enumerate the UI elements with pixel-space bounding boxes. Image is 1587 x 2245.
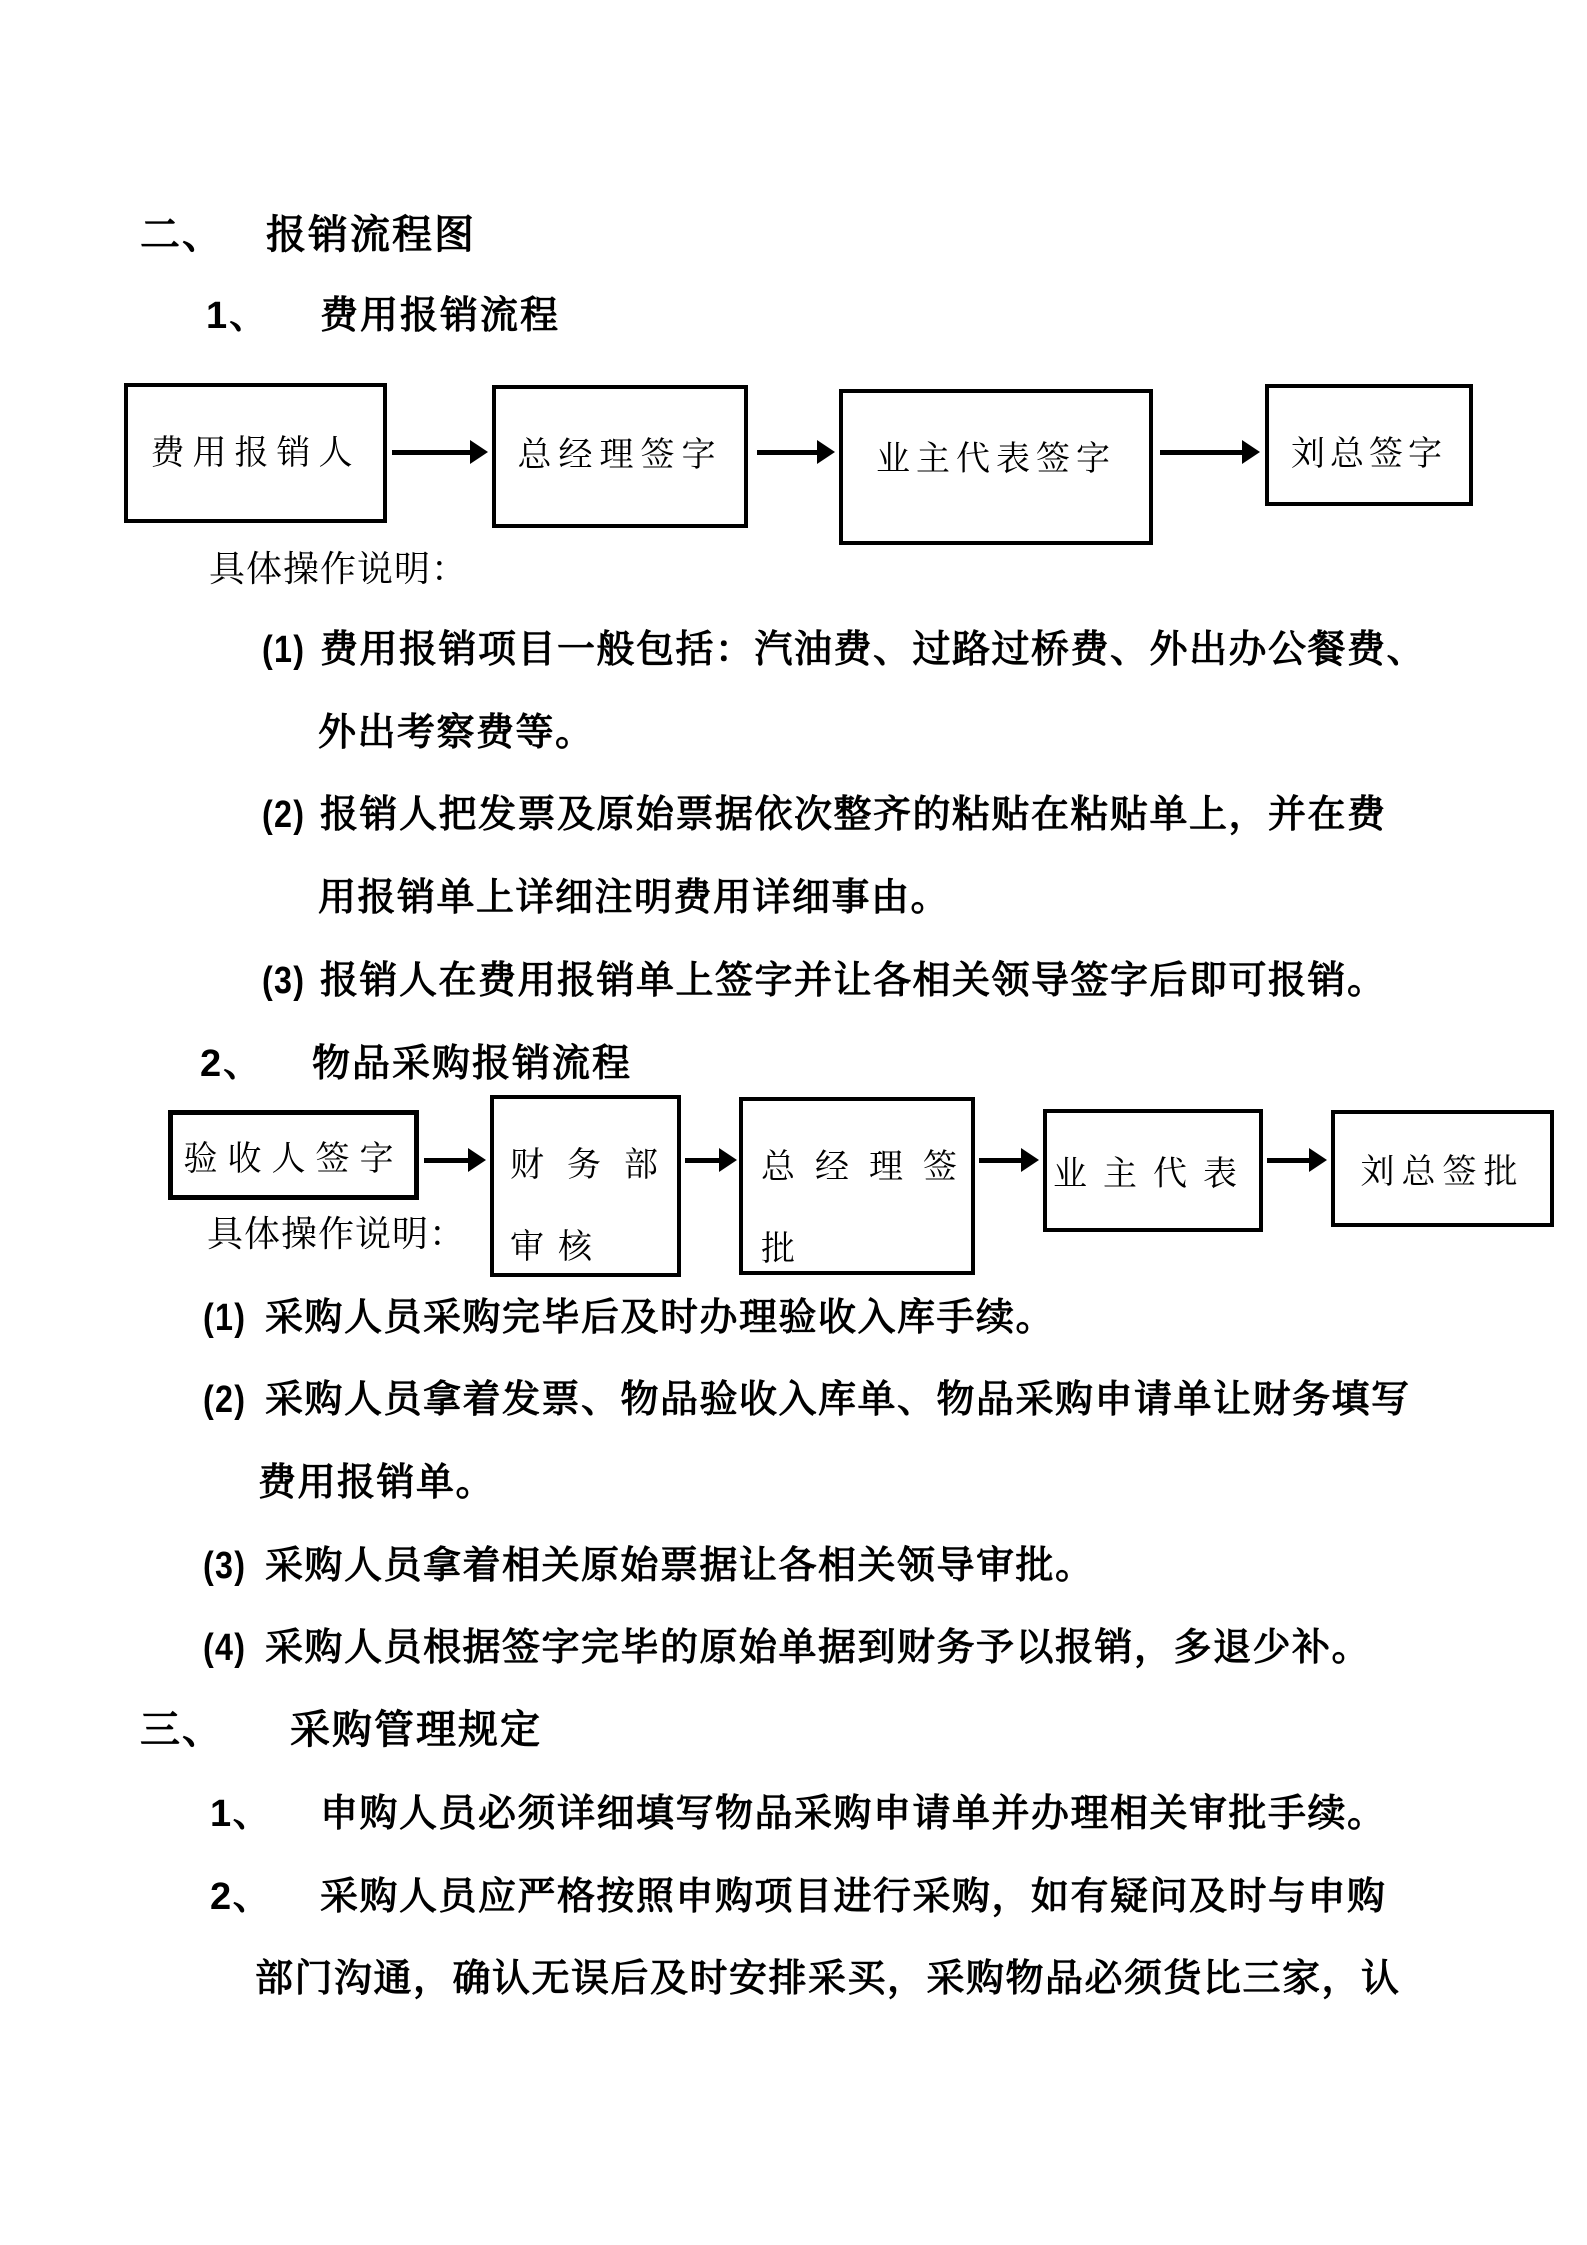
flow2-arrow-1: [424, 1148, 486, 1172]
operation-note-2: 具体操作说明：: [207, 1214, 466, 1255]
operation-note-1: 具体操作说明：: [209, 549, 468, 590]
flow2-box-inspector-signature: 验收人签字: [168, 1110, 419, 1200]
section-3-number: 三、: [140, 1707, 290, 1753]
list1-item-2-text: 报销人把发票及原始票据依次整齐的粘贴在粘贴单上，并在费: [320, 794, 1387, 836]
list1-item-1-line-2: 外出考察费等。: [318, 712, 595, 756]
flow2-box-3-line-1: 总经理签: [761, 1127, 953, 1209]
flow1-box-4-label: 刘总签字: [1291, 426, 1447, 475]
list1-item-1-line-1: (1)费用报销项目一般包括：汽油费、过路过桥费、外出办公餐费、: [262, 629, 1426, 673]
list1-item-1-marker: (1): [262, 629, 311, 673]
subsection-2-title: 物品采购报销流程: [312, 1043, 632, 1085]
flow1-box-expense-claimant: 费用报销人: [124, 383, 387, 523]
list2-item-3-line-1: (3)采购人员拿着相关原始票据让各相关领导审批。: [203, 1545, 1095, 1589]
list3-item-1-number: 1、: [210, 1793, 320, 1837]
list1-item-2-marker: (2): [262, 794, 311, 838]
document-page: 二、报销流程图 1、费用报销流程 费用报销人 总经理签字 业主代表签字 刘总签字…: [0, 0, 1587, 2245]
section-3-title: 采购管理规定: [290, 1708, 542, 1752]
list3-item-2-number: 2、: [210, 1876, 320, 1920]
flow2-box-liu-approval: 刘总签批: [1331, 1110, 1554, 1227]
flow2-box-5-label: 刘总签批: [1361, 1144, 1525, 1193]
flow1-box-1-label: 费用报销人: [151, 425, 361, 474]
subsection-1-heading: 1、费用报销流程: [206, 295, 560, 339]
flow1-box-liu-signature: 刘总签字: [1265, 384, 1473, 506]
flow1-box-owner-rep-signature: 业主代表签字: [839, 389, 1153, 545]
flow1-box-3-label: 业主代表签字: [876, 431, 1116, 480]
flow1-arrow-2: [757, 440, 835, 464]
subsection-1-number: 1、: [206, 295, 320, 339]
subsection-1-title: 费用报销流程: [320, 295, 560, 337]
section-2-heading: 二、报销流程图: [140, 212, 476, 258]
flow1-box-2-label: 总经理签字: [518, 427, 723, 476]
flow2-box-finance-review: 财务部 审核: [490, 1095, 681, 1277]
list3-item-1-text: 申购人员必须详细填写物品采购申请单并办理相关审批手续。: [320, 1793, 1387, 1835]
flow1-box-gm-signature: 总经理签字: [492, 385, 748, 528]
list3-item-2-line-1: 2、采购人员应严格按照申购项目进行采购，如有疑问及时与申购: [210, 1876, 1387, 1920]
list2-item-3-text: 采购人员拿着相关原始票据让各相关领导审批。: [265, 1545, 1095, 1587]
flow2-box-3-line-2: 批: [761, 1209, 953, 1291]
list1-item-3-line-1: (3)报销人在费用报销单上签字并让各相关领导签字后即可报销。: [262, 960, 1387, 1004]
section-2-title: 报销流程图: [266, 213, 476, 257]
list2-item-1-text: 采购人员采购完毕后及时办理验收入库手续。: [265, 1297, 1055, 1339]
list2-item-4-text: 采购人员根据签字完毕的原始单据到财务予以报销，多退少补。: [265, 1627, 1371, 1669]
flow2-box-2-line-2: 审核: [510, 1207, 661, 1289]
subsection-2-heading: 2、物品采购报销流程: [200, 1043, 632, 1087]
list1-item-2-line-1: (2)报销人把发票及原始票据依次整齐的粘贴在粘贴单上，并在费: [262, 794, 1387, 838]
list2-item-4-line-1: (4)采购人员根据签字完毕的原始单据到财务予以报销，多退少补。: [203, 1627, 1371, 1671]
list2-item-4-marker: (4): [203, 1627, 256, 1671]
flow2-box-4-label: 业主代表: [1053, 1146, 1253, 1195]
flow2-box-gm-approval: 总经理签 批: [739, 1097, 975, 1275]
subsection-2-number: 2、: [200, 1043, 312, 1087]
flow2-arrow-2: [685, 1148, 737, 1172]
list3-item-2-text: 采购人员应严格按照申购项目进行采购，如有疑问及时与申购: [320, 1876, 1387, 1918]
list2-item-2-line-2: 费用报销单。: [258, 1462, 495, 1506]
flow1-arrow-3: [1160, 440, 1260, 464]
list3-item-2-line-2: 部门沟通，确认无误后及时安排采买，采购物品必须货比三家，认: [255, 1958, 1401, 2002]
list2-item-2-marker: (2): [203, 1379, 256, 1423]
list2-item-1-marker: (1): [203, 1297, 256, 1341]
flow2-box-2-line-1: 财务部: [510, 1125, 661, 1207]
list1-item-3-text: 报销人在费用报销单上签字并让各相关领导签字后即可报销。: [320, 960, 1387, 1002]
list2-item-1-line-1: (1)采购人员采购完毕后及时办理验收入库手续。: [203, 1297, 1055, 1341]
flow2-box-owner-rep: 业主代表: [1043, 1109, 1263, 1232]
flow2-arrow-4: [1267, 1148, 1327, 1172]
flow1-arrow-1: [392, 440, 488, 464]
flow2-box-1-label: 验收人签字: [184, 1131, 404, 1180]
section-3-heading: 三、采购管理规定: [140, 1707, 542, 1753]
list1-item-3-marker: (3): [262, 960, 311, 1004]
list2-item-2-text: 采购人员拿着发票、物品验收入库单、物品采购申请单让财务填写: [265, 1379, 1411, 1421]
list3-item-1-line-1: 1、申购人员必须详细填写物品采购申请单并办理相关审批手续。: [210, 1793, 1387, 1837]
flow2-arrow-3: [979, 1148, 1039, 1172]
section-2-number: 二、: [140, 212, 266, 258]
list2-item-2-line-1: (2)采购人员拿着发票、物品验收入库单、物品采购申请单让财务填写: [203, 1379, 1411, 1423]
list1-item-2-line-2: 用报销单上详细注明费用详细事由。: [318, 877, 950, 921]
list2-item-3-marker: (3): [203, 1545, 256, 1589]
list1-item-1-text: 费用报销项目一般包括：汽油费、过路过桥费、外出办公餐费、: [320, 629, 1426, 671]
